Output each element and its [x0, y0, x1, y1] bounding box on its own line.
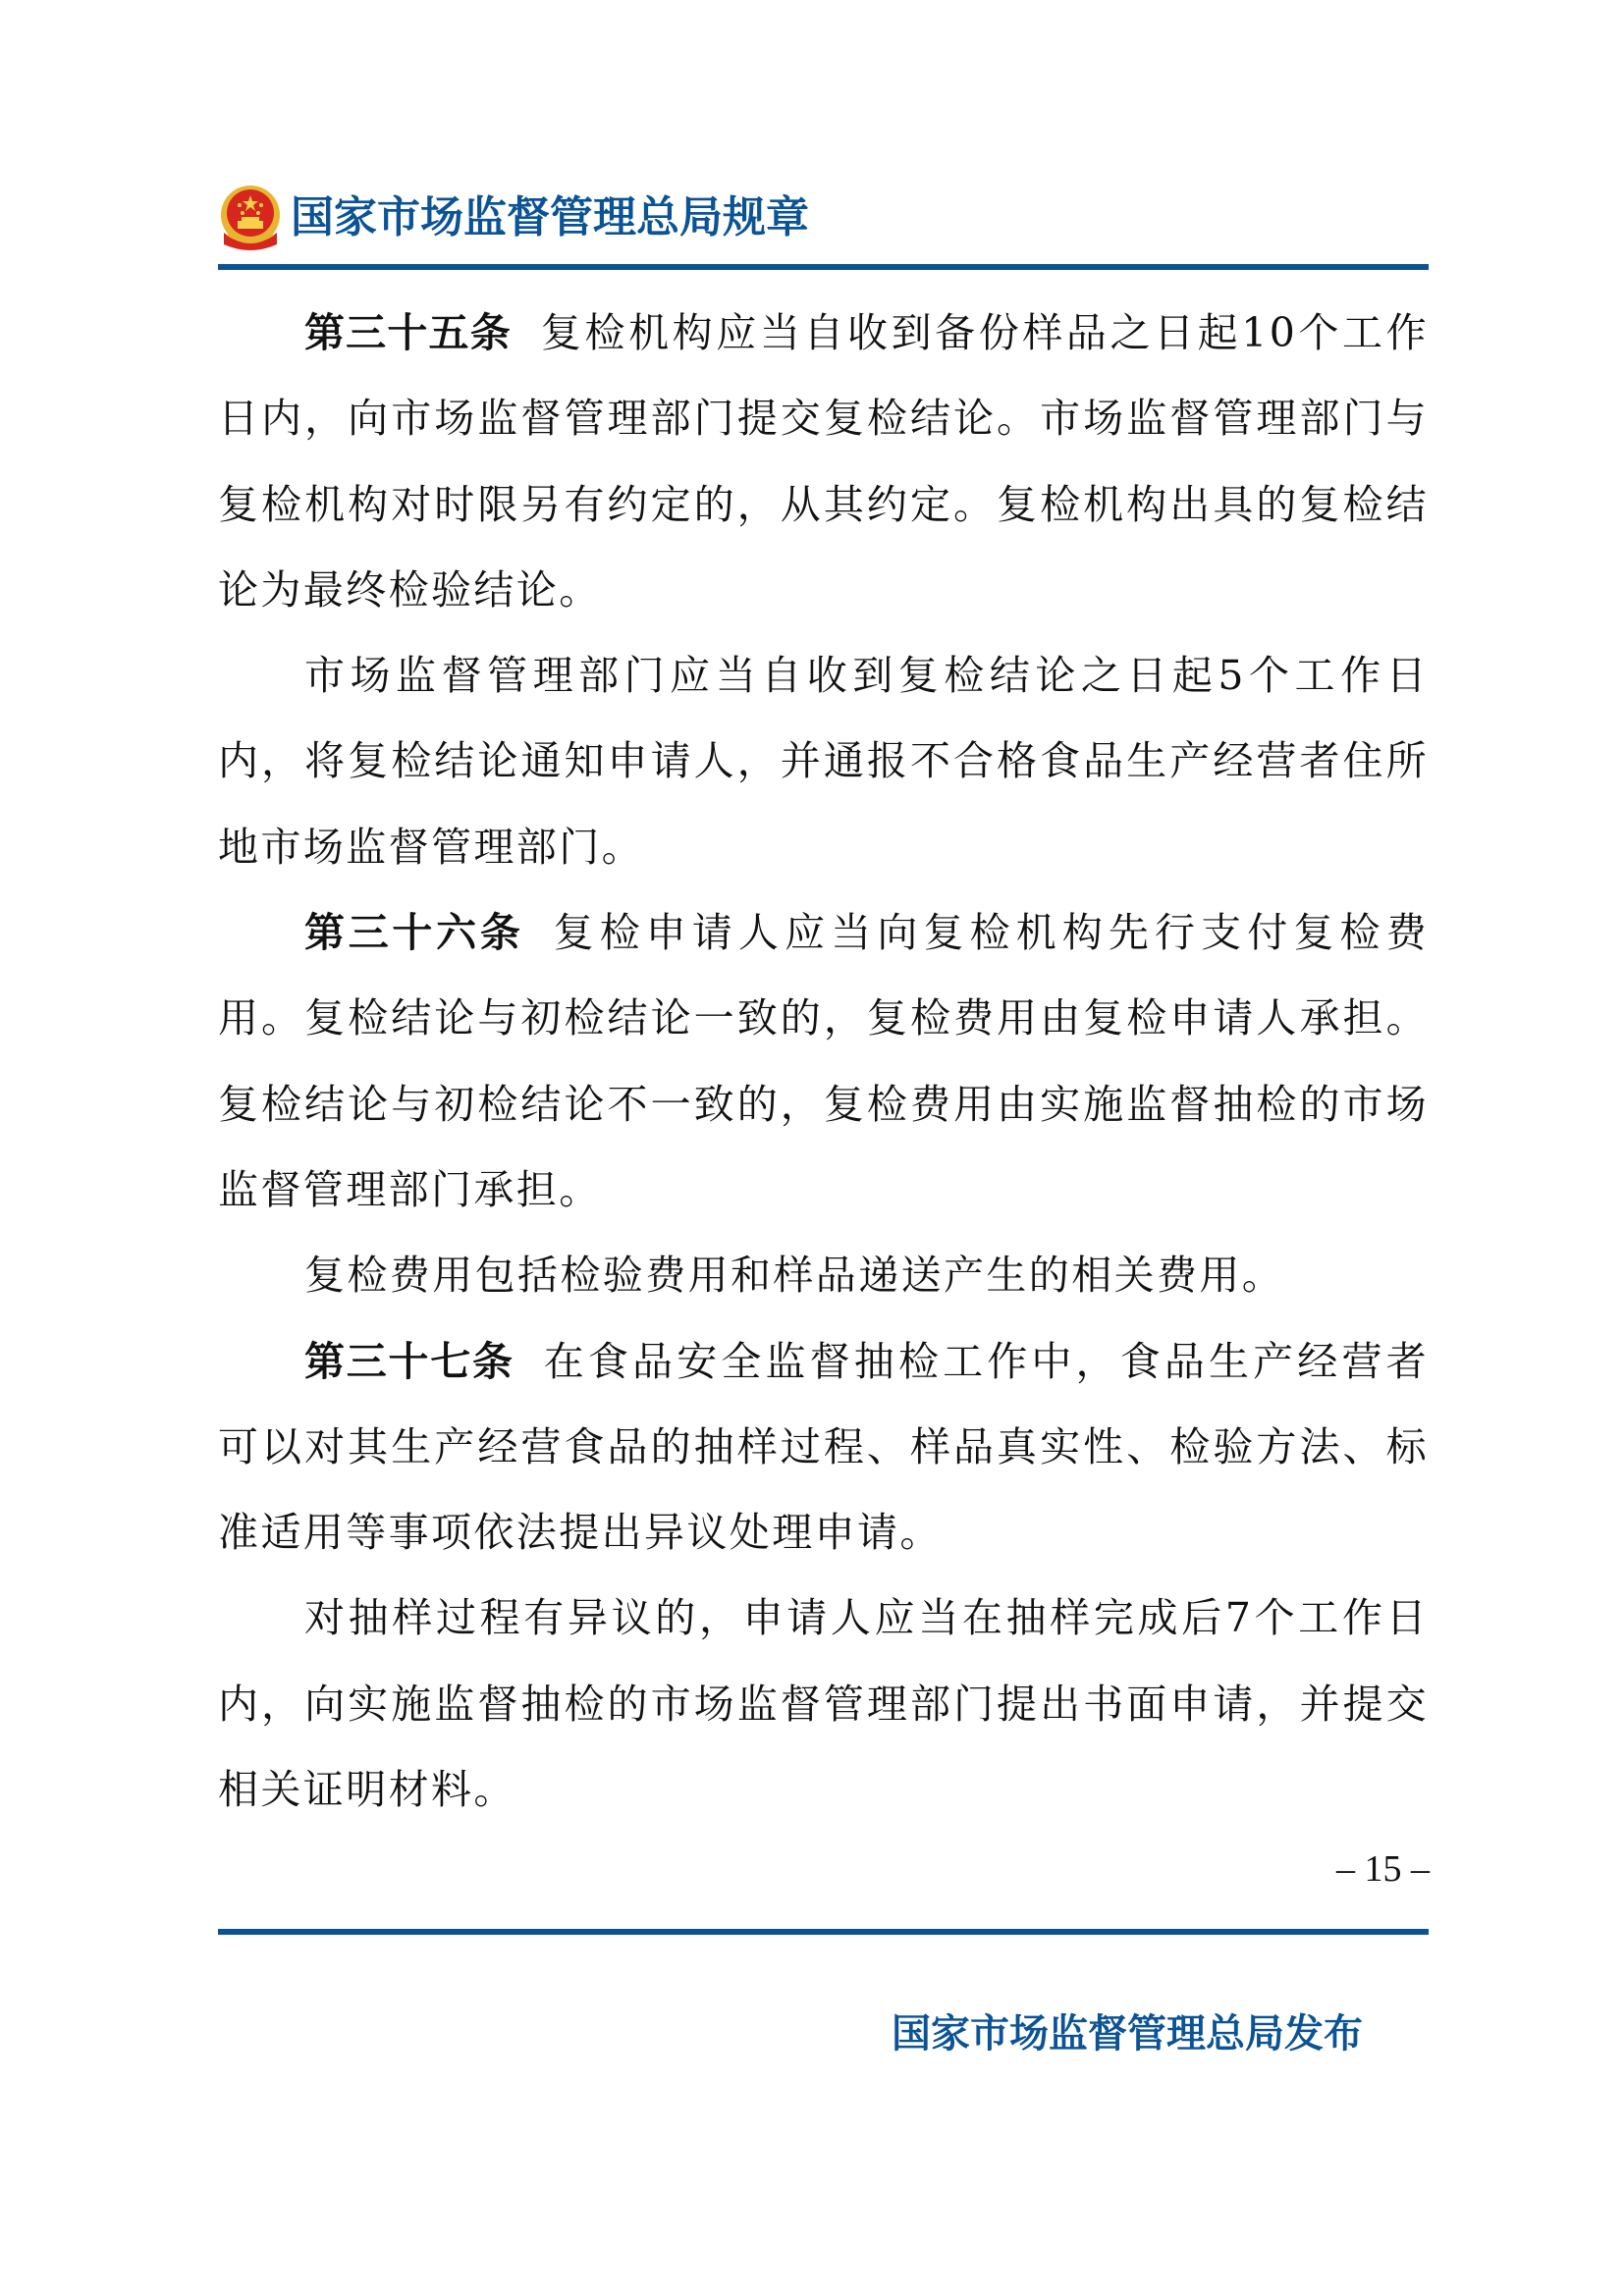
page-number: – 15 – [1336, 1847, 1430, 1891]
paragraph-text: 对抽样过程有异议的，申请人应当在抽样完成后7个工作日内，向实施监督抽检的市场监督… [218, 1594, 1429, 1813]
paragraph: 市场监督管理部门应当自收到复检结论之日起5个工作日内，将复检结论通知申请人，并通… [218, 633, 1429, 890]
paragraph-text: 市场监督管理部门应当自收到复检结论之日起5个工作日内，将复检结论通知申请人，并通… [218, 652, 1429, 871]
document-header: 国家市场监督管理总局规章 [218, 183, 809, 253]
article-number: 第三十七条 [304, 1338, 514, 1385]
paragraph-article-37: 第三十七条在食品安全监督抽检工作中，食品生产经营者可以对其生产经营食品的抽样过程… [218, 1319, 1429, 1576]
footer-divider [218, 1929, 1429, 1935]
paragraph-article-36: 第三十六条复检申请人应当向复检机构先行支付复检费用。复检结论与初检结论一致的，复… [218, 890, 1429, 1233]
document-body: 第三十五条复检机构应当自收到备份样品之日起10个工作日内，向市场监督管理部门提交… [218, 291, 1429, 1833]
paragraph: 对抽样过程有异议的，申请人应当在抽样完成后7个工作日内，向实施监督抽检的市场监督… [218, 1575, 1429, 1833]
article-number: 第三十六条 [304, 909, 524, 956]
header-divider [218, 264, 1429, 270]
footer-publisher: 国家市场监督管理总局发布 [892, 2002, 1363, 2058]
paragraph: 复检费用包括检验费用和样品递送产生的相关费用。 [218, 1233, 1429, 1318]
article-number: 第三十五条 [304, 309, 512, 356]
header-title: 国家市场监督管理总局规章 [291, 196, 809, 240]
national-emblem-icon [218, 184, 283, 252]
paragraph-article-35: 第三十五条复检机构应当自收到备份样品之日起10个工作日内，向市场监督管理部门提交… [218, 291, 1429, 633]
paragraph-text: 复检费用包括检验费用和样品递送产生的相关费用。 [304, 1252, 1284, 1299]
